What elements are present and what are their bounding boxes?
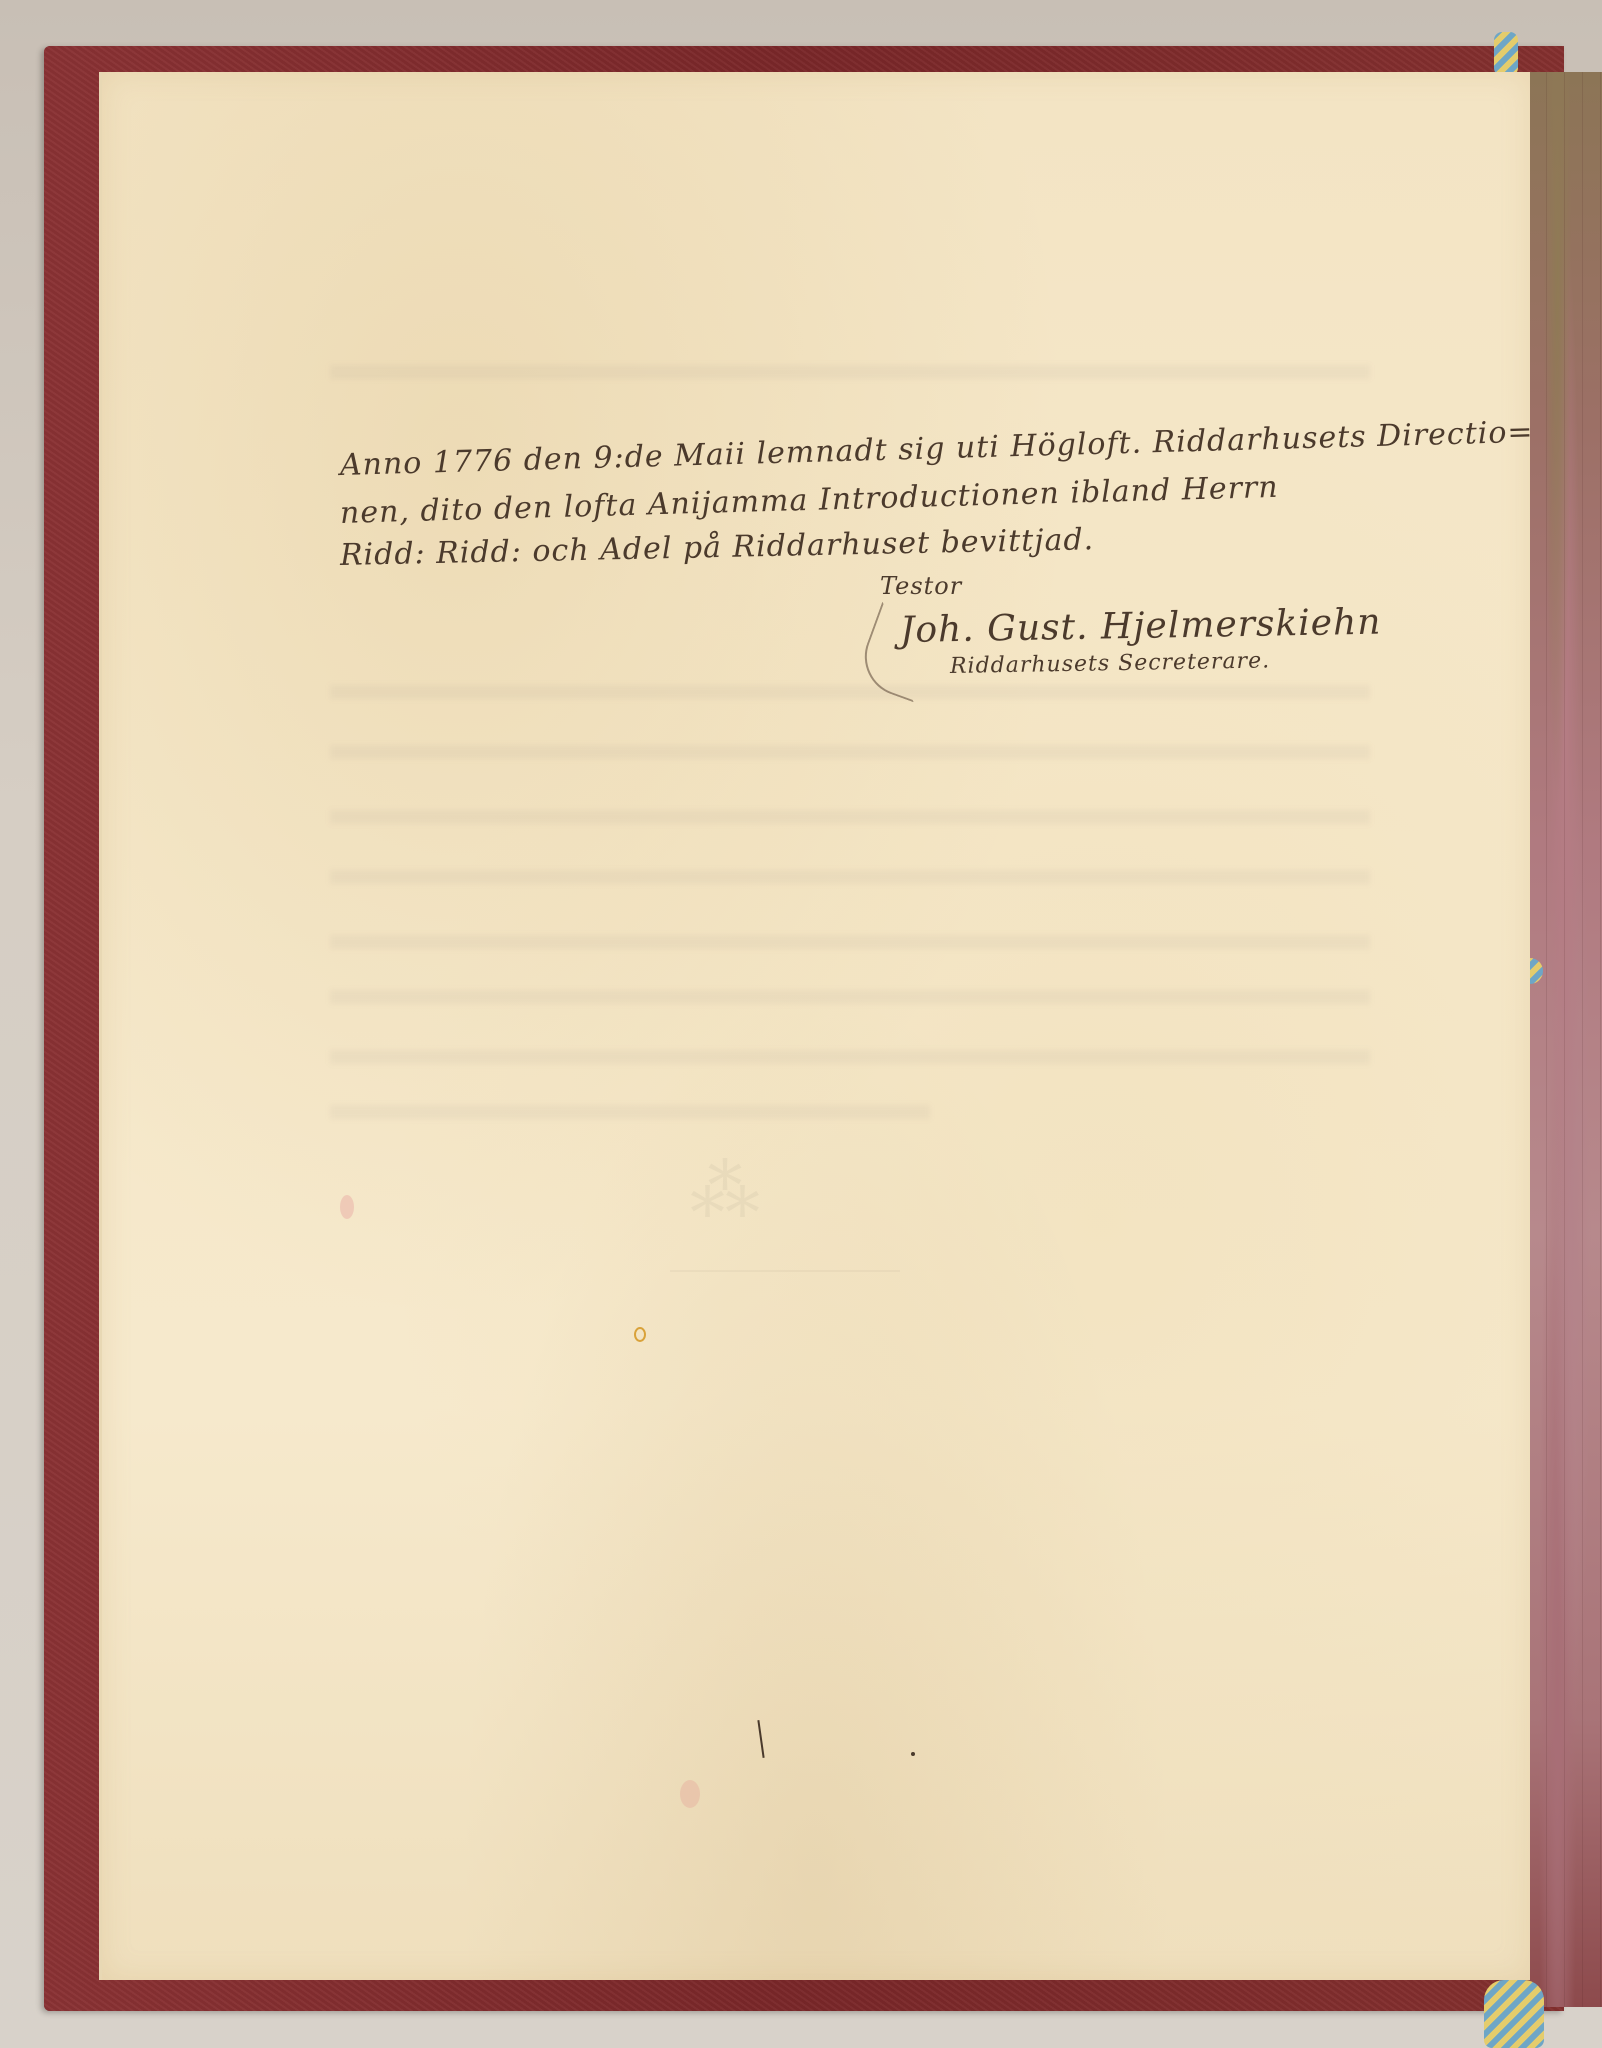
manuscript-page: [99, 72, 1530, 1980]
bleed-through-line: [330, 365, 1370, 379]
bleed-through-stamp: ⁂: [670, 1130, 900, 1272]
bleed-through-line: [330, 1105, 930, 1119]
signature: Joh. Gust. Hjelmerskiehn: [900, 602, 1382, 651]
ink-ring-spot: [634, 1327, 646, 1342]
foxing-stain: [340, 1195, 354, 1219]
bookmark-ribbon-bottom: [1484, 1980, 1544, 2048]
ink-dot: [911, 1752, 915, 1756]
bleed-through-line: [330, 1050, 1370, 1064]
foxing-stain: [680, 1780, 700, 1808]
marbled-spine-edge: [1528, 72, 1602, 2007]
testor-label: Testor: [880, 572, 962, 600]
bleed-through-line: [330, 990, 1370, 1004]
spine-texture: [1528, 72, 1602, 2007]
bookmark-ribbon-top: [1494, 32, 1518, 76]
bleed-through-line: [330, 810, 1370, 824]
stamp-glyph: ⁂: [690, 1150, 760, 1232]
bleed-through-line: [330, 935, 1370, 949]
bleed-through-line: [330, 870, 1370, 884]
bleed-through-line: [330, 745, 1370, 759]
bleed-through-line: [330, 685, 1370, 699]
